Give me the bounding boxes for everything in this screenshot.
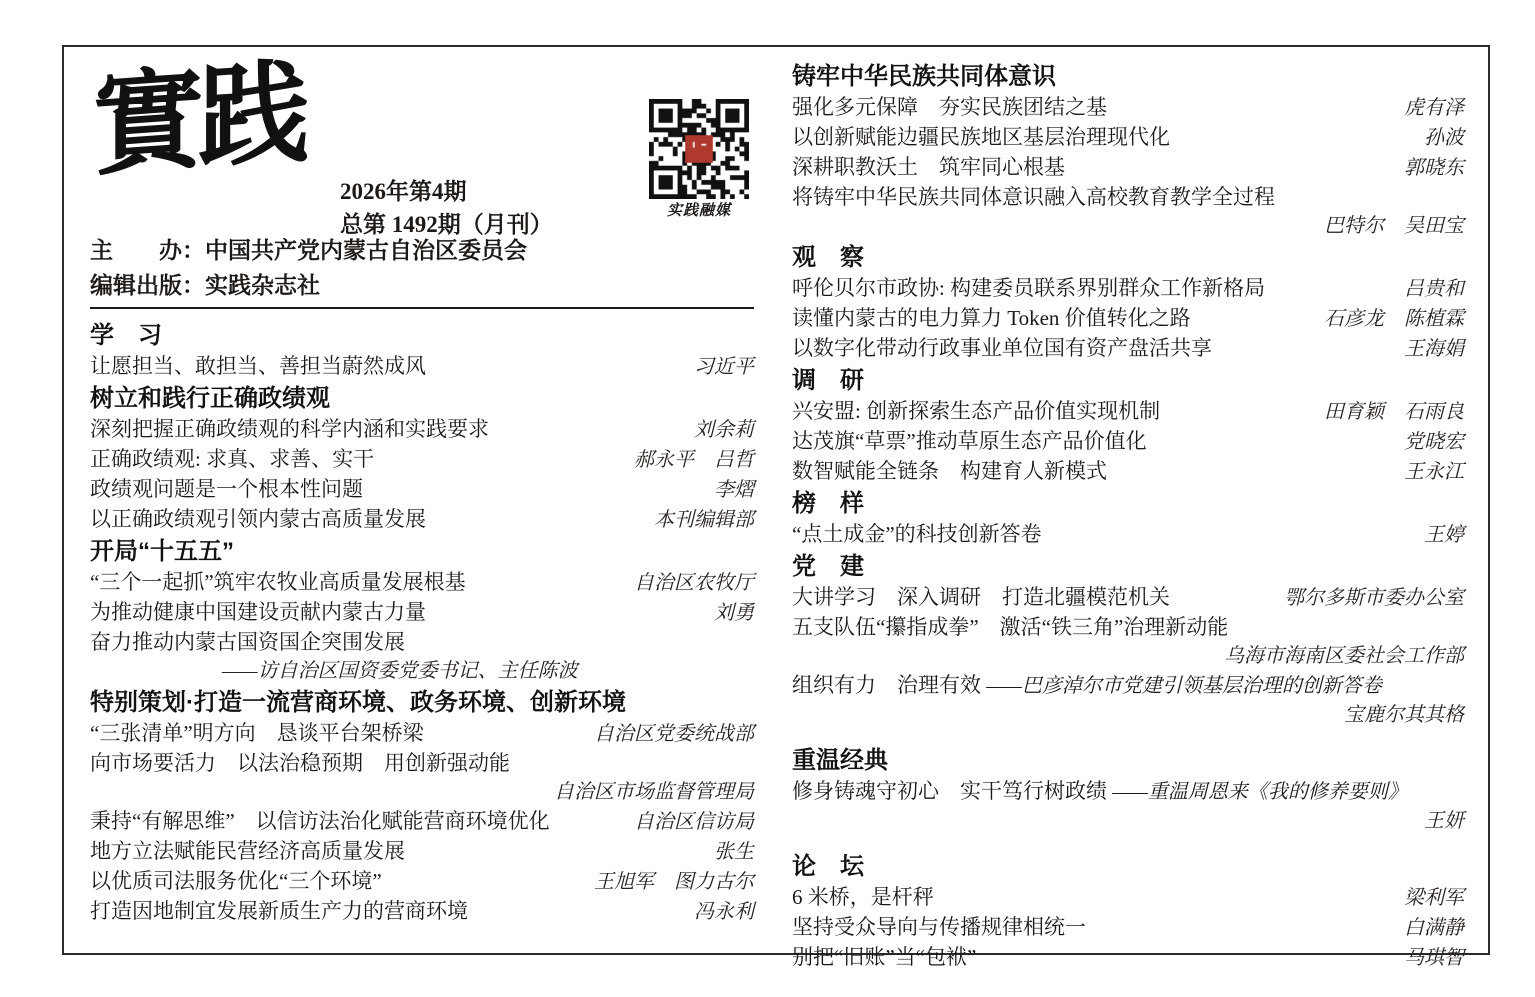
- article-authors: 宝鹿尔其其格: [792, 701, 1464, 730]
- section-header: 开局“十五五”: [90, 535, 754, 568]
- toc-entry: 大讲学习 深入调研 打造北疆模范机关鄂尔多斯市委办公室: [792, 583, 1464, 613]
- toc-entry: 政绩观问题是一个根本性问题李熠: [90, 475, 754, 505]
- article-title: 6 米桥，是杆秤: [792, 883, 934, 912]
- section-header: 榜 样: [792, 487, 1464, 520]
- article-authors: 自治区市场监督管理局: [90, 778, 754, 807]
- qr-code: [649, 99, 749, 199]
- article-title: 五支队伍“攥指成拳” 激活“铁三角”治理新动能: [792, 613, 1228, 642]
- toc-entry: 修身铸魂守初心 实干笃行树政绩 ——重温周恩来《我的修养要则》: [792, 777, 1464, 807]
- toc-entry: 强化多元保障 夯实民族团结之基虎有泽: [792, 93, 1464, 123]
- toc-entry: 将铸牢中华民族共同体意识融入高校教育教学全过程: [792, 183, 1464, 212]
- article-title: 修身铸魂守初心 实干笃行树政绩 ——重温周恩来《我的修养要则》: [792, 777, 1408, 807]
- right-column: 铸牢中华民族共同体意识强化多元保障 夯实民族团结之基虎有泽以创新赋能边疆民族地区…: [764, 47, 1488, 953]
- masthead-divider: [90, 307, 754, 309]
- section-header: 重温经典: [792, 744, 1464, 777]
- article-authors: 白满静: [1390, 914, 1464, 943]
- article-authors: 虎有泽: [1390, 94, 1464, 123]
- article-authors: 马琪智: [1390, 944, 1464, 973]
- article-authors: 巴特尔 吴田宝: [792, 212, 1464, 241]
- article-title: 向市场要活力 以法治稳预期 用创新强动能: [90, 749, 510, 778]
- toc-entry: 向市场要活力 以法治稳预期 用创新强动能: [90, 749, 754, 778]
- article-title: 深耕职教沃土 筑牢同心根基: [792, 153, 1065, 182]
- article-authors: 郭晓东: [1390, 154, 1464, 183]
- article-title: 强化多元保障 夯实民族团结之基: [792, 93, 1107, 122]
- toc-entry: 读懂内蒙古的电力算力 Token 价值转化之路石彦龙 陈植霖: [792, 304, 1464, 334]
- article-authors: 王海娟: [1390, 335, 1464, 364]
- article-authors: 王妍: [792, 807, 1464, 836]
- organizer-line: 主 办：中国共产党内蒙古自治区委员会: [90, 233, 527, 268]
- toc-entry: 以正确政绩观引领内蒙古高质量发展本刊编辑部: [90, 505, 754, 535]
- toc-entry: 达茂旗“草票”推动草原生态产品价值化党晓宏: [792, 427, 1464, 457]
- article-title: 达茂旗“草票”推动草原生态产品价值化: [792, 427, 1147, 456]
- toc-entry: “三个一起抓”筑牢农牧业高质量发展根基自治区农牧厅: [90, 568, 754, 598]
- toc-entry: 以数字化带动行政事业单位国有资产盘活共享王海娟: [792, 334, 1464, 364]
- article-authors: 王婷: [1410, 521, 1464, 550]
- article-title: 以正确政绩观引领内蒙古高质量发展: [90, 505, 426, 534]
- toc-entry: 坚持受众导向与传播规律相统一白满静: [792, 913, 1464, 943]
- article-authors: 吕贵和: [1390, 275, 1464, 304]
- article-authors: 田育颖 石雨良: [1310, 398, 1464, 427]
- toc-entry: 以优质司法服务优化“三个环境”王旭军 图力古尔: [90, 867, 754, 897]
- article-authors: 石彦龙 陈植霖: [1310, 305, 1464, 334]
- article-title: “点土成金”的科技创新答卷: [792, 520, 1042, 549]
- article-title: 以优质司法服务优化“三个环境”: [90, 867, 382, 896]
- article-authors: 鄂尔多斯市委办公室: [1270, 584, 1464, 613]
- toc-entry: 为推动健康中国建设贡献内蒙古力量刘勇: [90, 598, 754, 628]
- article-authors: 梁利军: [1390, 884, 1464, 913]
- article-authors: 郝永平 吕哲: [620, 446, 754, 475]
- article-authors: 自治区党委统战部: [580, 720, 754, 749]
- article-title: 奋力推动内蒙古国资国企突围发展: [90, 628, 405, 657]
- toc-entry: 组织有力 治理有效 ——巴彦淖尔市党建引领基层治理的创新答卷: [792, 671, 1464, 701]
- article-title: 将铸牢中华民族共同体意识融入高校教育教学全过程: [792, 183, 1275, 212]
- article-authors: 王旭军 图力古尔: [580, 868, 754, 897]
- article-authors: 刘余莉: [680, 416, 754, 445]
- magazine-logo: 實践: [92, 49, 303, 193]
- article-title: 以数字化带动行政事业单位国有资产盘活共享: [792, 334, 1212, 363]
- section-header: 论 坛: [792, 850, 1464, 883]
- issue-info: 2026年第4期 总第 1492期（月刊）: [340, 175, 553, 242]
- article-title: “三个一起抓”筑牢农牧业高质量发展根基: [90, 568, 466, 597]
- article-title: 深刻把握正确政绩观的科学内涵和实践要求: [90, 415, 489, 444]
- article-title: 别把“旧账”当“包袱”: [792, 943, 976, 972]
- toc-right: 铸牢中华民族共同体意识强化多元保障 夯实民族团结之基虎有泽以创新赋能边疆民族地区…: [792, 60, 1464, 973]
- article-authors: 王永江: [1390, 458, 1464, 487]
- article-authors: 孙波: [1410, 124, 1464, 153]
- article-title: 秉持“有解思维” 以信访法治化赋能营商环境优化: [90, 807, 550, 836]
- article-title-subtitle: ——巴彦淖尔市党建引领基层治理的创新答卷: [986, 675, 1382, 697]
- toc-entry: 兴安盟: 创新探索生态产品价值实现机制田育颖 石雨良: [792, 397, 1464, 427]
- article-title: 地方立法赋能民营经济高质量发展: [90, 837, 405, 866]
- toc-entry: 正确政绩观: 求真、求善、实干郝永平 吕哲: [90, 445, 754, 475]
- article-title: 政绩观问题是一个根本性问题: [90, 475, 363, 504]
- publisher-line: 编辑出版：实践杂志社: [90, 268, 527, 303]
- section-header: 调 研: [792, 364, 1464, 397]
- article-title: 坚持受众导向与传播规律相统一: [792, 913, 1086, 942]
- article-authors: 自治区农牧厅: [620, 569, 754, 598]
- qr-caption: 实践融媒: [646, 199, 752, 223]
- magazine-toc-page: 實践 2026年第4期 总第 1492期（月刊） 实践融媒 主 办：中国共产党内…: [62, 45, 1490, 955]
- article-title: 组织有力 治理有效 ——巴彦淖尔市党建引领基层治理的创新答卷: [792, 671, 1382, 701]
- article-authors: 冯永利: [680, 898, 754, 927]
- article-title: 为推动健康中国建设贡献内蒙古力量: [90, 598, 426, 627]
- toc-entry: 深刻把握正确政绩观的科学内涵和实践要求刘余莉: [90, 415, 754, 445]
- toc-entry: 奋力推动内蒙古国资国企突围发展: [90, 628, 754, 657]
- article-title: 数智赋能全链条 构建育人新模式: [792, 457, 1107, 486]
- toc-entry: 让愿担当、敢担当、善担当蔚然成风习近平: [90, 352, 754, 382]
- toc-entry: 打造因地制宜发展新质生产力的营商环境冯永利: [90, 897, 754, 927]
- section-header: 铸牢中华民族共同体意识: [792, 60, 1464, 93]
- article-authors: 李熠: [700, 476, 754, 505]
- article-title: 读懂内蒙古的电力算力 Token 价值转化之路: [792, 304, 1191, 333]
- article-title: 正确政绩观: 求真、求善、实干: [90, 445, 374, 474]
- article-title: 打造因地制宜发展新质生产力的营商环境: [90, 897, 468, 926]
- article-title: 兴安盟: 创新探索生态产品价值实现机制: [792, 397, 1160, 426]
- article-subtitle: ——访自治区国资委党委书记、主任陈波: [90, 657, 754, 686]
- toc-entry: “三张清单”明方向 恳谈平台架桥梁自治区党委统战部: [90, 719, 754, 749]
- toc-entry: 五支队伍“攥指成拳” 激活“铁三角”治理新动能: [792, 613, 1464, 642]
- toc-entry: “点土成金”的科技创新答卷王婷: [792, 520, 1464, 550]
- toc-entry: 深耕职教沃土 筑牢同心根基郭晓东: [792, 153, 1464, 183]
- article-authors: 本刊编辑部: [640, 506, 754, 535]
- qr-block: 实践融媒: [646, 99, 752, 223]
- toc-entry: 数智赋能全链条 构建育人新模式王永江: [792, 457, 1464, 487]
- article-authors: 党晓宏: [1390, 428, 1464, 457]
- publisher-info: 主 办：中国共产党内蒙古自治区委员会 编辑出版：实践杂志社: [90, 233, 527, 302]
- article-title: 呼伦贝尔市政协: 构建委员联系界别群众工作新格局: [792, 274, 1265, 303]
- toc-entry: 别把“旧账”当“包袱”马琪智: [792, 943, 1464, 973]
- article-authors: 习近平: [680, 353, 754, 382]
- toc-entry: 6 米桥，是杆秤梁利军: [792, 883, 1464, 913]
- toc-entry: 秉持“有解思维” 以信访法治化赋能营商环境优化自治区信访局: [90, 807, 754, 837]
- section-header: 党 建: [792, 550, 1464, 583]
- section-header: 特别策划·打造一流营商环境、政务环境、创新环境: [90, 686, 754, 719]
- article-title-subtitle: ——重温周恩来《我的修养要则》: [1112, 781, 1408, 803]
- section-header: 树立和践行正确政绩观: [90, 382, 754, 415]
- section-header: 学 习: [90, 319, 754, 352]
- toc-left: 学 习让愿担当、敢担当、善担当蔚然成风习近平树立和践行正确政绩观深刻把握正确政绩…: [90, 319, 754, 927]
- left-column: 實践 2026年第4期 总第 1492期（月刊） 实践融媒 主 办：中国共产党内…: [64, 47, 764, 953]
- article-authors: 自治区信访局: [620, 808, 754, 837]
- article-title: 让愿担当、敢担当、善担当蔚然成风: [90, 352, 426, 381]
- article-title: 以创新赋能边疆民族地区基层治理现代化: [792, 123, 1170, 152]
- article-title: 大讲学习 深入调研 打造北疆模范机关: [792, 583, 1170, 612]
- issue-number: 2026年第4期: [340, 175, 553, 208]
- article-title: “三张清单”明方向 恳谈平台架桥梁: [90, 719, 424, 748]
- toc-entry: 以创新赋能边疆民族地区基层治理现代化孙波: [792, 123, 1464, 153]
- masthead: 實践 2026年第4期 总第 1492期（月刊） 实践融媒 主 办：中国共产党内…: [90, 55, 754, 307]
- toc-entry: 呼伦贝尔市政协: 构建委员联系界别群众工作新格局吕贵和: [792, 274, 1464, 304]
- article-authors: 刘勇: [700, 599, 754, 628]
- article-authors: 乌海市海南区委社会工作部: [792, 642, 1464, 671]
- article-authors: 张生: [700, 838, 754, 867]
- section-header: 观 察: [792, 241, 1464, 274]
- toc-entry: 地方立法赋能民营经济高质量发展张生: [90, 837, 754, 867]
